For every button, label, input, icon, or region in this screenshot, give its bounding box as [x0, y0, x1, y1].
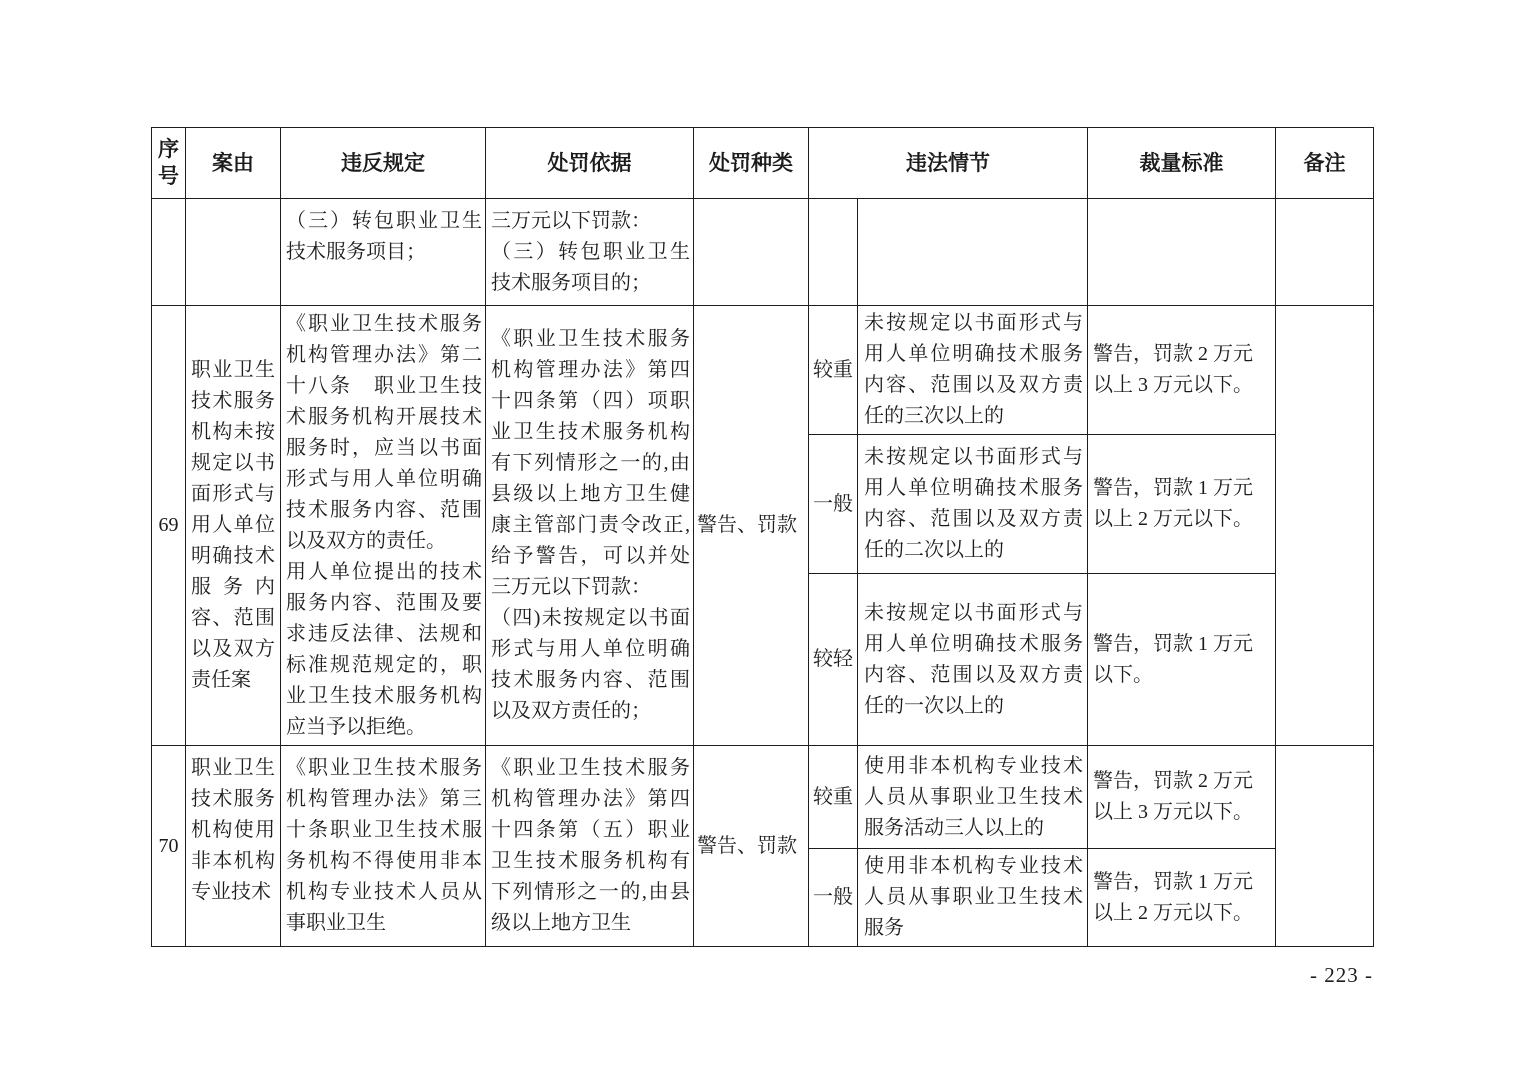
header-case: 案由	[186, 128, 281, 199]
empty-cell	[186, 199, 281, 306]
row-70-number: 70	[152, 746, 186, 947]
row-70-circumstance-severe: 使用非本机构专业技术人员从事职业卫生技术服务活动三人以上的	[858, 746, 1088, 849]
row-69-standard-general: 警告，罚款 1 万元以上 2 万元以下。	[1088, 435, 1276, 574]
row-69-circumstance-minor: 未按规定以书面形式与用人单位明确技术服务内容、范围以及双方责任的一次以上的	[858, 574, 1088, 746]
carryover-rule-cell: （三）转包职业卫生技术服务项目；	[281, 199, 486, 306]
row-69-level-general: 一般	[809, 435, 858, 574]
row-70-level-severe: 较重	[809, 746, 858, 849]
empty-cell	[809, 199, 858, 306]
empty-cell	[858, 199, 1088, 306]
row-70-penalty-type: 警告、罚款	[694, 746, 809, 947]
row-70-standard-general: 警告，罚款 1 万元以上 2 万元以下。	[1088, 849, 1276, 947]
row-69-circumstance-general: 未按规定以书面形式与用人单位明确技术服务内容、范围以及双方责任的二次以上的	[858, 435, 1088, 574]
row-70-note	[1276, 746, 1374, 947]
row-69-level-minor: 较轻	[809, 574, 858, 746]
row-70-basis: 《职业卫生技术服务机构管理办法》第四十四条第（五）职业卫生技术服务机构有下列情形…	[486, 746, 694, 947]
row-69-severe: 69 职业卫生技术服务机构未按规定以书面形式与用人单位明确技术服务内容、范围以及…	[152, 306, 1374, 435]
header-row: 序号 案由 违反规定 处罚依据 处罚种类 违法情节 裁量标准 备注	[152, 128, 1374, 199]
header-basis: 处罚依据	[486, 128, 694, 199]
row-69-level-severe: 较重	[809, 306, 858, 435]
header-circumstance: 违法情节	[809, 128, 1088, 199]
row-69-penalty-type: 警告、罚款	[694, 306, 809, 746]
penalty-discretion-table: 序号 案由 违反规定 处罚依据 处罚种类 违法情节 裁量标准 备注 （三）转包职…	[151, 127, 1374, 947]
row-69-standard-minor: 警告，罚款 1 万元以下。	[1088, 574, 1276, 746]
row-69-rule: 《职业卫生技术服务机构管理办法》第二十八条 职业卫生技术服务机构开展技术服务时，…	[281, 306, 486, 746]
row-70-level-general: 一般	[809, 849, 858, 947]
row-70-circumstance-general: 使用非本机构专业技术人员从事职业卫生技术服务	[858, 849, 1088, 947]
empty-cell	[152, 199, 186, 306]
empty-cell	[694, 199, 809, 306]
carryover-basis-cell: 三万元以下罚款：（三）转包职业卫生技术服务项目的；	[486, 199, 694, 306]
header-note: 备注	[1276, 128, 1374, 199]
empty-cell	[1276, 199, 1374, 306]
row-69-standard-severe: 警告，罚款 2 万元以上 3 万元以下。	[1088, 306, 1276, 435]
header-standard: 裁量标准	[1088, 128, 1276, 199]
row-70-severe: 70 职业卫生技术服务机构使用非本机构专业技术 《职业卫生技术服务机构管理办法》…	[152, 746, 1374, 849]
row-69-number: 69	[152, 306, 186, 746]
header-rule: 违反规定	[281, 128, 486, 199]
empty-cell	[1088, 199, 1276, 306]
row-69-basis: 《职业卫生技术服务机构管理办法》第四十四条第（四）项职业卫生技术服务机构有下列情…	[486, 306, 694, 746]
header-type: 处罚种类	[694, 128, 809, 199]
row-69-case: 职业卫生技术服务机构未按规定以书面形式与用人单位明确技术服务内容、范围以及双方责…	[186, 306, 281, 746]
carryover-row: （三）转包职业卫生技术服务项目； 三万元以下罚款：（三）转包职业卫生技术服务项目…	[152, 199, 1374, 306]
row-70-rule: 《职业卫生技术服务机构管理办法》第三十条职业卫生技术服务机构不得使用非本机构专业…	[281, 746, 486, 947]
row-70-standard-severe: 警告，罚款 2 万元以上 3 万元以下。	[1088, 746, 1276, 849]
row-69-circumstance-severe: 未按规定以书面形式与用人单位明确技术服务内容、范围以及双方责任的三次以上的	[858, 306, 1088, 435]
row-70-case: 职业卫生技术服务机构使用非本机构专业技术	[186, 746, 281, 947]
document-page: 序号 案由 违反规定 处罚依据 处罚种类 违法情节 裁量标准 备注 （三）转包职…	[0, 0, 1520, 1074]
header-no: 序号	[152, 128, 186, 199]
row-69-note	[1276, 306, 1374, 746]
page-number: - 223 -	[1310, 963, 1373, 988]
